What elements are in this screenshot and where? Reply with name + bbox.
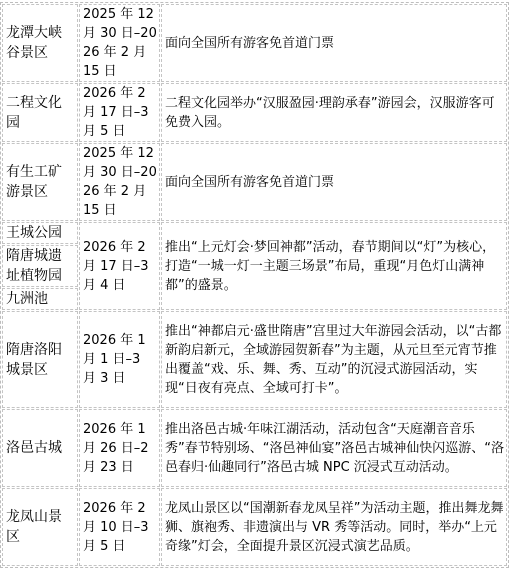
- event-date: 2026 年 2 月 10 日–3 月 5 日: [79, 488, 160, 528]
- table-row: 洛邑古城 2026 年 1 月 26 日–2 月 23 日 推出洛邑古城·年味江…: [2, 409, 507, 487]
- table-row: 有生工矿游景区 2025 年 12 月 30 日–2026 年 2 月 15 日…: [2, 143, 507, 221]
- event-date: 2026 年 1 月 1 日–3 月 3 日: [79, 311, 160, 408]
- scenic-name: 龙潭大峡谷景区: [2, 4, 78, 82]
- event-date: 2026 年 1 月 26 日–2 月 23 日: [79, 409, 160, 487]
- scenic-name: 隋唐洛阳城景区: [2, 311, 78, 408]
- table-row: 龙凤山景区 2026 年 2 月 10 日–3 月 5 日 龙凤山景区以“国潮新…: [2, 488, 507, 528]
- event-description: 二程文化园举办“汉服盈园·理韵承春”游园会，汉服游客可免费入园。: [161, 83, 507, 142]
- scenic-events-table: 龙潭大峡谷景区 2025 年 12 月 30 日–2026 年 2 月 15 日…: [0, 2, 509, 528]
- scenic-name: 洛邑古城: [2, 409, 78, 487]
- event-date: 2025 年 12 月 30 日–2026 年 2 月 15 日: [79, 4, 160, 82]
- table-row: 隋唐洛阳城景区 2026 年 1 月 1 日–3 月 3 日 推出“神都启元·盛…: [2, 311, 507, 408]
- scenic-name: 隋唐城遗址植物园: [2, 245, 78, 287]
- scenic-name: 二程文化园: [2, 83, 78, 142]
- scenic-name: 龙凤山景区: [2, 488, 78, 528]
- event-date: 2026 年 2 月 17 日–3 月 4 日: [79, 222, 160, 310]
- event-description: 推出“上元灯会·梦回神都”活动，春节期间以“灯”为核心，打造“一城一灯一主题三场…: [161, 222, 507, 310]
- event-description: 面向全国所有游客免首道门票: [161, 4, 507, 82]
- event-description: 面向全国所有游客免首道门票: [161, 143, 507, 221]
- event-description: 龙凤山景区以“国潮新春龙凤呈祥”为活动主题，推出舞龙舞狮、旗袍秀、非遗演出与 V…: [161, 488, 507, 528]
- table-row: 二程文化园 2026 年 2 月 17 日–3 月 5 日 二程文化园举办“汉服…: [2, 83, 507, 142]
- scenic-name: 王城公园: [2, 222, 78, 244]
- event-date: 2026 年 2 月 17 日–3 月 5 日: [79, 83, 160, 142]
- event-description: 推出“神都启元·盛世隋唐”宫里过大年游园会活动，以“古都新韵启新元，全域游园贺新…: [161, 311, 507, 408]
- table-row: 王城公园 2026 年 2 月 17 日–3 月 4 日 推出“上元灯会·梦回神…: [2, 222, 507, 244]
- event-description: 推出洛邑古城·年味江湖活动，活动包含“天庭潮音音乐秀”春节特别场、“洛邑神仙宴”…: [161, 409, 507, 487]
- table-row: 龙潭大峡谷景区 2025 年 12 月 30 日–2026 年 2 月 15 日…: [2, 4, 507, 82]
- scenic-name: 有生工矿游景区: [2, 143, 78, 221]
- event-date: 2025 年 12 月 30 日–2026 年 2 月 15 日: [79, 143, 160, 221]
- scenic-name: 九洲池: [2, 288, 78, 310]
